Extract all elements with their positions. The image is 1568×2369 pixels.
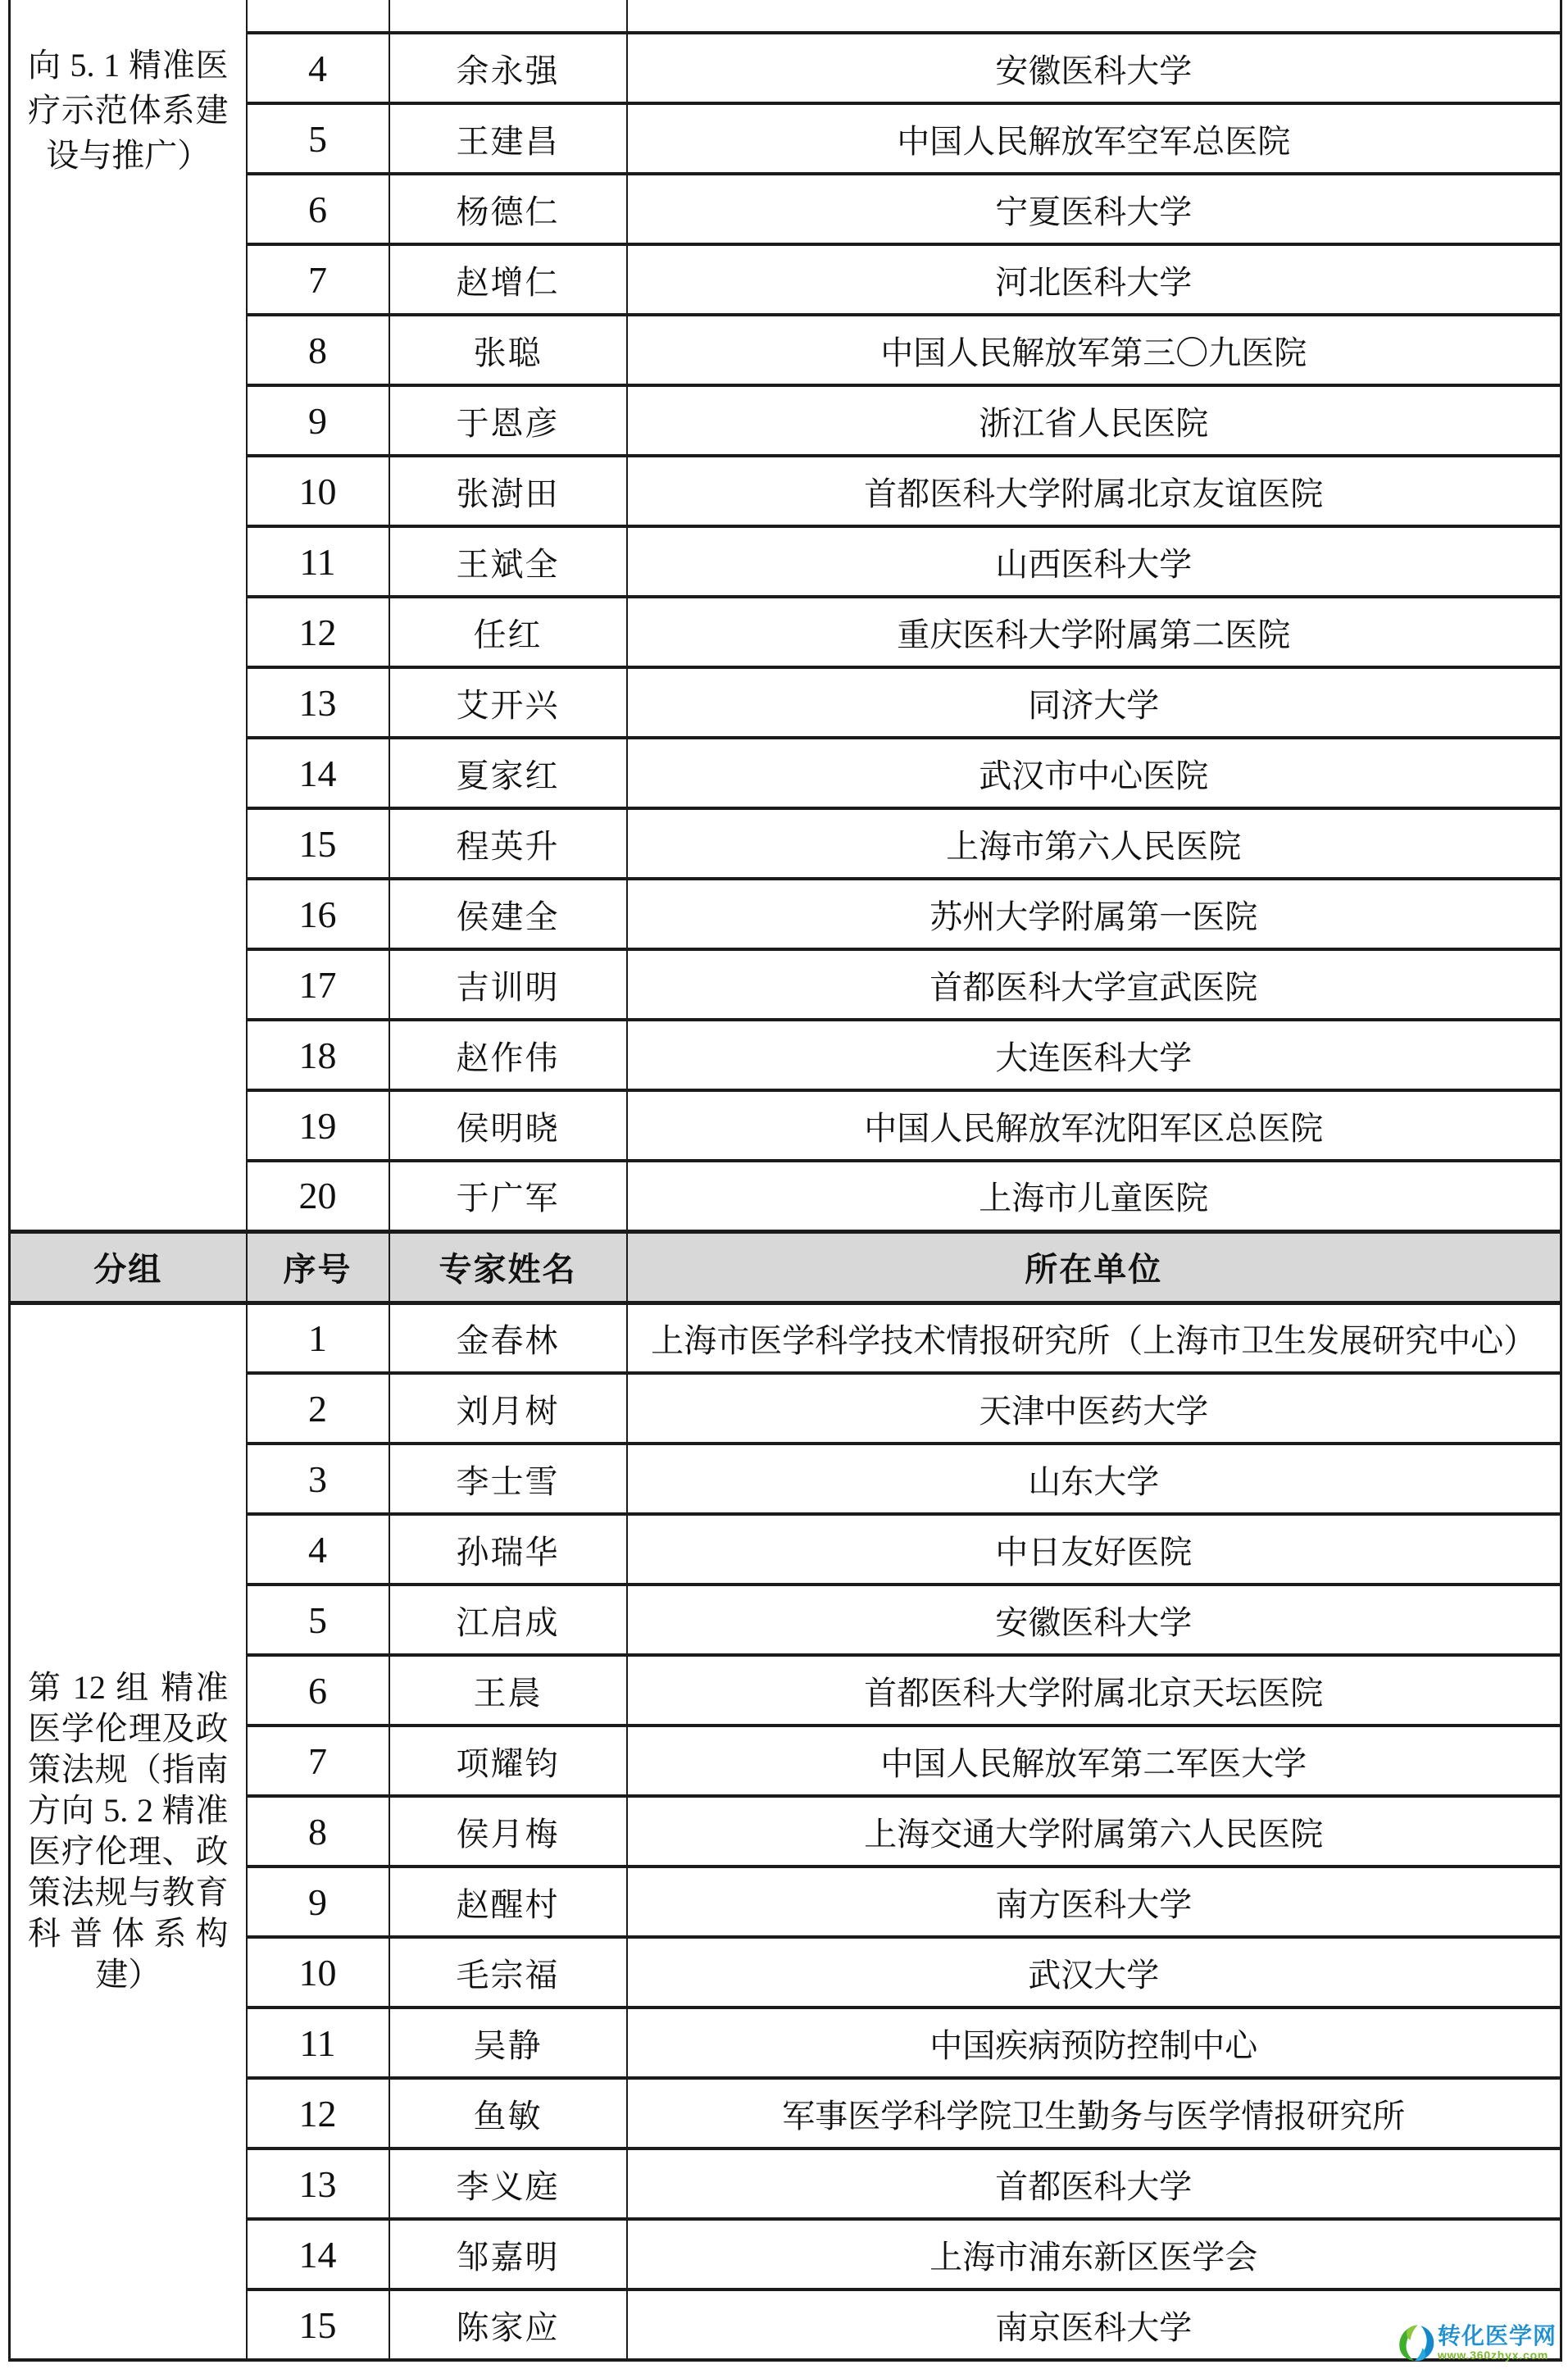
group-label-1: 向 5. 1 精准医疗示范体系建设与推广） (28, 43, 229, 178)
row-index: 15 (247, 2289, 389, 2360)
cutoff-cell (627, 0, 1561, 33)
expert-groups-table: 向 5. 1 精准医疗示范体系建设与推广） 4 余永强 安徽医科大学 5 王建昌… (8, 0, 1562, 2362)
row-index: 18 (247, 1020, 389, 1090)
expert-name: 吉训明 (389, 949, 627, 1020)
header-row-group: 分组 序号 专家姓名 所在单位 (10, 1231, 1561, 1303)
expert-name: 余永强 (389, 33, 627, 103)
affiliation: 山东大学 (627, 1444, 1561, 1514)
section-2: 第 12 组 精准医学伦理及政策法规（指南方向 5. 2 精准医疗伦理、政策法规… (10, 1303, 1561, 2360)
header-affiliation: 所在单位 (627, 1231, 1561, 1303)
row-index: 13 (247, 2148, 389, 2219)
affiliation: 中国人民解放军空军总医院 (627, 103, 1561, 174)
row-index: 10 (247, 456, 389, 526)
row-index: 7 (247, 244, 389, 315)
expert-name: 于恩彦 (389, 385, 627, 456)
affiliation: 中国疾病预防控制中心 (627, 2008, 1561, 2078)
affiliation: 中国人民解放军第三〇九医院 (627, 315, 1561, 385)
row-index: 10 (247, 1937, 389, 2008)
expert-name: 任红 (389, 597, 627, 667)
expert-name: 毛宗福 (389, 1937, 627, 2008)
expert-name: 侯明晓 (389, 1090, 627, 1161)
expert-name: 王斌全 (389, 526, 627, 597)
affiliation: 苏州大学附属第一医院 (627, 879, 1561, 949)
watermark-site-name: 转化医学网 (1438, 2324, 1557, 2348)
group-label-cell-1: 向 5. 1 精准医疗示范体系建设与推广） (10, 0, 247, 1231)
expert-name: 赵增仁 (389, 244, 627, 315)
group-label-cell-2: 第 12 组 精准医学伦理及政策法规（指南方向 5. 2 精准医疗伦理、政策法规… (10, 1303, 247, 2360)
affiliation: 宁夏医科大学 (627, 174, 1561, 244)
header-group: 分组 (10, 1231, 247, 1303)
affiliation: 安徽医科大学 (627, 33, 1561, 103)
affiliation: 同济大学 (627, 667, 1561, 738)
affiliation: 上海市儿童医院 (627, 1161, 1561, 1231)
row-index: 5 (247, 103, 389, 174)
row-index: 8 (247, 315, 389, 385)
row-index: 6 (247, 1655, 389, 1726)
row-index: 9 (247, 385, 389, 456)
expert-name: 程英升 (389, 808, 627, 879)
row-index: 5 (247, 1585, 389, 1655)
expert-name: 于广军 (389, 1161, 627, 1231)
affiliation: 山西医科大学 (627, 526, 1561, 597)
affiliation: 大连医科大学 (627, 1020, 1561, 1090)
scanned-document-page: { "table": { "header_bg": "#d8d8d8", "he… (0, 0, 1568, 2369)
header-row: 分组 序号 专家姓名 所在单位 (10, 1231, 1561, 1303)
affiliation: 河北医科大学 (627, 244, 1561, 315)
affiliation: 南方医科大学 (627, 1867, 1561, 1937)
expert-name: 邹嘉明 (389, 2219, 627, 2289)
expert-name: 王建昌 (389, 103, 627, 174)
row-index: 13 (247, 667, 389, 738)
row-index: 4 (247, 33, 389, 103)
affiliation: 上海交通大学附属第六人民医院 (627, 1796, 1561, 1867)
affiliation: 上海市医学科学技术情报研究所（上海市卫生发展研究中心） (627, 1303, 1561, 1373)
expert-name: 李义庭 (389, 2148, 627, 2219)
expert-name: 赵作伟 (389, 1020, 627, 1090)
row-index: 6 (247, 174, 389, 244)
watermark: 转化医学网 www.360zhyx.com (1398, 2324, 1557, 2362)
expert-name: 刘月树 (389, 1373, 627, 1444)
row-index: 3 (247, 1444, 389, 1514)
expert-name: 鱼敏 (389, 2078, 627, 2148)
expert-name: 吴静 (389, 2008, 627, 2078)
expert-name: 金春林 (389, 1303, 627, 1373)
affiliation: 军事医学科学院卫生勤务与医学情报研究所 (627, 2078, 1561, 2148)
affiliation: 中日友好医院 (627, 1514, 1561, 1585)
row-index: 20 (247, 1161, 389, 1231)
affiliation: 首都医科大学宣武医院 (627, 949, 1561, 1020)
expert-name: 陈家应 (389, 2289, 627, 2360)
row-index: 7 (247, 1726, 389, 1796)
affiliation: 上海市浦东新区医学会 (627, 2219, 1561, 2289)
affiliation: 天津中医药大学 (627, 1373, 1561, 1444)
affiliation: 中国人民解放军第二军医大学 (627, 1726, 1561, 1796)
row-index: 12 (247, 597, 389, 667)
cutoff-row: 向 5. 1 精准医疗示范体系建设与推广） (10, 0, 1561, 33)
cutoff-cell (247, 0, 389, 33)
affiliation: 上海市第六人民医院 (627, 808, 1561, 879)
table-row: 第 12 组 精准医学伦理及政策法规（指南方向 5. 2 精准医疗伦理、政策法规… (10, 1303, 1561, 1373)
header-expert-name: 专家姓名 (389, 1231, 627, 1303)
expert-name: 项耀钧 (389, 1726, 627, 1796)
row-index: 4 (247, 1514, 389, 1585)
row-index: 9 (247, 1867, 389, 1937)
section-1: 向 5. 1 精准医疗示范体系建设与推广） 4 余永强 安徽医科大学 5 王建昌… (10, 0, 1561, 1231)
affiliation: 浙江省人民医院 (627, 385, 1561, 456)
row-index: 2 (247, 1373, 389, 1444)
affiliation: 中国人民解放军沈阳军区总医院 (627, 1090, 1561, 1161)
row-index: 14 (247, 738, 389, 808)
expert-name: 赵醒村 (389, 1867, 627, 1937)
expert-name: 夏家红 (389, 738, 627, 808)
expert-name: 杨德仁 (389, 174, 627, 244)
header-index: 序号 (247, 1231, 389, 1303)
row-index: 16 (247, 879, 389, 949)
group-label-2: 第 12 组 精准医学伦理及政策法规（指南方向 5. 2 精准医疗伦理、政策法规… (28, 1667, 229, 1995)
cutoff-cell (389, 0, 627, 33)
row-index: 19 (247, 1090, 389, 1161)
expert-name: 张聪 (389, 315, 627, 385)
expert-name: 艾开兴 (389, 667, 627, 738)
row-index: 11 (247, 2008, 389, 2078)
row-index: 1 (247, 1303, 389, 1373)
affiliation: 重庆医科大学附属第二医院 (627, 597, 1561, 667)
expert-name: 孙瑞华 (389, 1514, 627, 1585)
affiliation: 首都医科大学 (627, 2148, 1561, 2219)
expert-name: 李士雪 (389, 1444, 627, 1514)
watermark-text: 转化医学网 www.360zhyx.com (1438, 2324, 1557, 2362)
affiliation: 安徽医科大学 (627, 1585, 1561, 1655)
row-index: 17 (247, 949, 389, 1020)
expert-name: 江启成 (389, 1585, 627, 1655)
expert-name: 张澍田 (389, 456, 627, 526)
row-index: 8 (247, 1796, 389, 1867)
affiliation: 武汉市中心医院 (627, 738, 1561, 808)
expert-name: 侯月梅 (389, 1796, 627, 1867)
expert-name: 侯建全 (389, 879, 627, 949)
watermark-site-url: www.360zhyx.com (1438, 2349, 1548, 2362)
brand-logo-icon (1398, 2324, 1435, 2362)
row-index: 14 (247, 2219, 389, 2289)
expert-name: 王晨 (389, 1655, 627, 1726)
affiliation: 武汉大学 (627, 1937, 1561, 2008)
row-index: 11 (247, 526, 389, 597)
row-index: 12 (247, 2078, 389, 2148)
affiliation: 首都医科大学附属北京友谊医院 (627, 456, 1561, 526)
affiliation: 首都医科大学附属北京天坛医院 (627, 1655, 1561, 1726)
row-index: 15 (247, 808, 389, 879)
